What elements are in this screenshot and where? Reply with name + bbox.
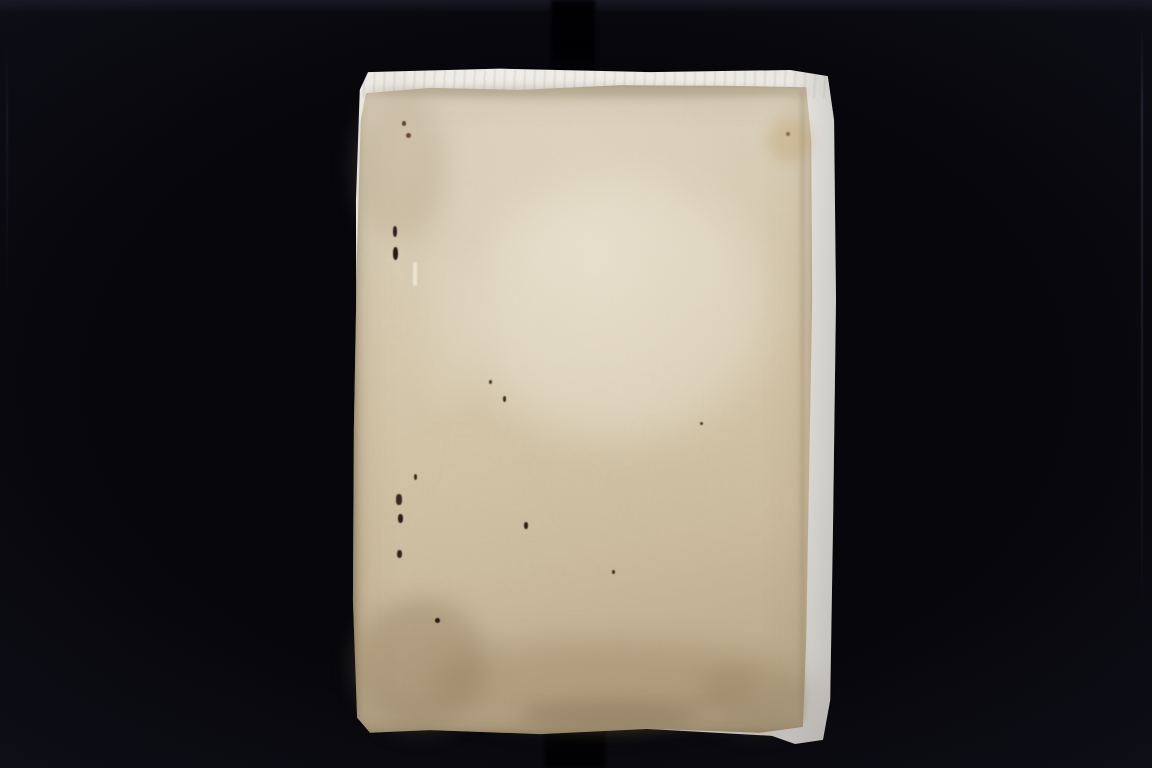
backdrop-frame-left-edge bbox=[6, 34, 8, 314]
document-cover bbox=[352, 82, 814, 738]
paper-grain-texture bbox=[352, 82, 814, 738]
backdrop-frame-right-edge bbox=[1141, 18, 1143, 628]
photo-backdrop bbox=[0, 0, 1152, 768]
